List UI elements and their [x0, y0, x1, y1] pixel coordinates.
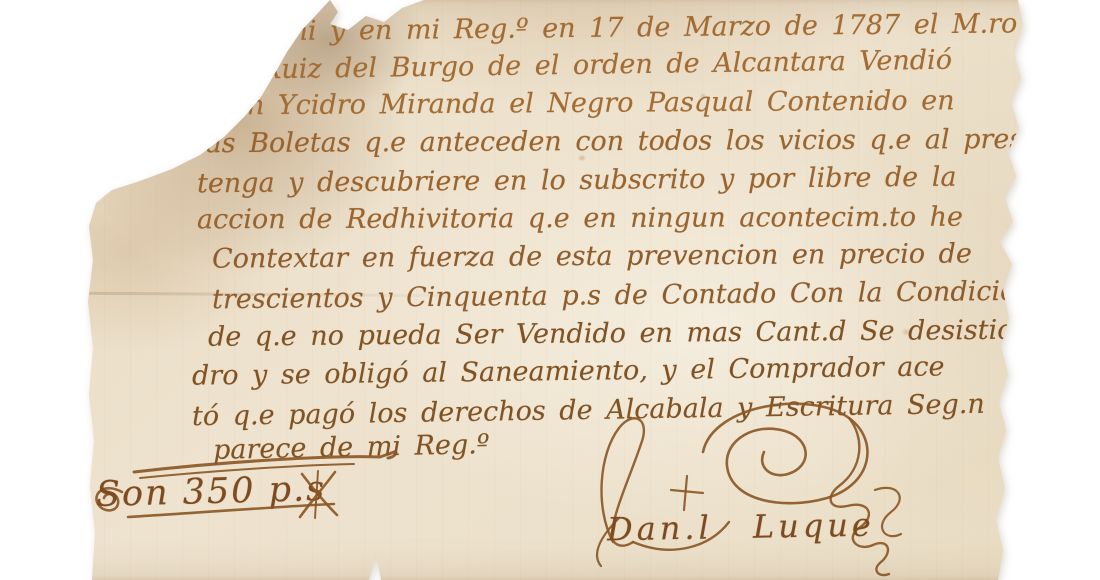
manuscript-line-6: accion de Redhivitoria q.e en ningun aco… [197, 202, 963, 236]
manuscript-line-9: de q.e no pueda Ser Vendido en mas Cant.… [208, 314, 1061, 352]
paper-shadow-wrap: Ante mi y en mi Reg.º en 17 de Marzo de … [0, 0, 1100, 580]
signature-rubric [575, 390, 935, 580]
manuscript-line-8: trescientos y Cinquenta p.s de Contado C… [212, 276, 1034, 316]
manuscript-line-4: las Boletas q.e anteceden con todos los … [197, 124, 1057, 160]
manuscript-line-2: nuel Ruiz del Burgo de el orden de Alcan… [188, 45, 952, 87]
manuscript-paper: Ante mi y en mi Reg.º en 17 de Marzo de … [0, 0, 1100, 580]
scanned-document-image: Ante mi y en mi Reg.º en 17 de Marzo de … [0, 0, 1100, 580]
manuscript-line-1: Ante mi y en mi Reg.º en 17 de Marzo de … [205, 7, 1100, 48]
manuscript-line-3: a D.n Ycidro Miranda el Negro Pasqual Co… [188, 85, 955, 121]
amount-underline [126, 502, 338, 520]
signature-name: Dan.l Luque [607, 506, 875, 549]
manuscript-line-7: Contextar en fuerza de esta prevencion e… [212, 238, 972, 274]
manuscript-line-5: tenga y descubriere en lo subscrito y po… [197, 162, 957, 200]
manuscript-line-10: dro y se obligó al Saneamiento, y el Com… [192, 351, 945, 391]
